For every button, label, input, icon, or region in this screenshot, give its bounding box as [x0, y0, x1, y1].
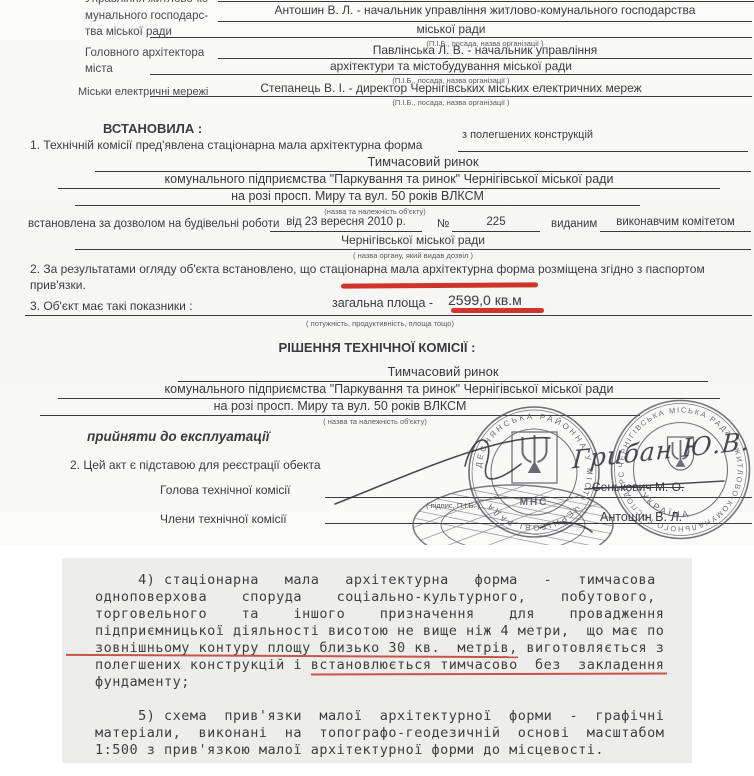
established-heading: ВСТАНОВИЛА : [103, 121, 202, 136]
excerpt-line: 1:500 з прив'язкою малої архітектурної ф… [95, 742, 664, 759]
decision-heading: РІШЕННЯ ТЕХНІЧНОЇ КОМІСІЇ : [0, 340, 754, 355]
area-label: загальна площа - [332, 296, 433, 310]
permit-issuer-line2: Чернігівської міської ради [75, 233, 751, 250]
act-basis-line: 2. Цей акт є підставою для реєстрації об… [70, 458, 321, 472]
red-underline-excerpt-2 [311, 672, 667, 675]
object-name-line2: комунального підприємства "Паркування та… [58, 172, 720, 189]
item1-superscript: з полегшених конструкцій [462, 129, 593, 141]
signatory-antoshyn-line: Антошин В. Л. - начальник управління жит… [218, 3, 752, 22]
decision-object-line1: Тимчасовий ринок [178, 364, 708, 382]
excerpt-line: одноповерхова споруда соціально-культурн… [95, 589, 664, 606]
scanned-act: Управління житлово-ко- мунального господ… [0, 0, 754, 545]
excerpt-line: підприємницької діяльності висотою не ви… [95, 623, 664, 640]
excerpt-line: 4) стаціонарна мала архітектурна форма -… [95, 572, 664, 589]
form-line [218, 1, 754, 2]
pen-signature-scribbles [300, 408, 754, 545]
excerpt-line: торговельного та іншого призначення для … [95, 606, 664, 623]
caption-object-name: (назва та належність об'єкту) [95, 207, 655, 216]
excerpt-line: фундаменту; [95, 674, 664, 691]
object-name-line1: Тимчасовий ринок [95, 154, 751, 172]
dept-architect-label: міста [85, 61, 113, 77]
object-name-line3: на розі просп. Миру та вул. 50 років ВЛК… [75, 189, 640, 206]
signatory-antoshyn-line2: міської ради [150, 22, 752, 38]
typed-signatory-name: Антошин В. Л. [600, 510, 682, 524]
red-underline-form-phrase [341, 282, 538, 288]
area-value: 2599,0 кв.м [448, 292, 522, 308]
permit-date-field: від 23 вересня 2010 р. [270, 216, 422, 232]
dept-housing-label: Управління житлово-ко- [85, 0, 212, 7]
permit-no-label: № [437, 218, 449, 230]
form-line [25, 315, 752, 316]
permit-issuer-field: виконавчим комітетом [600, 216, 751, 232]
item1-text: 1. Технічній комісії пред'явлена стаціон… [30, 138, 422, 152]
form-line [458, 151, 748, 152]
document-page: Управління житлово-ко- мунального господ… [0, 0, 754, 776]
law-excerpt-block: 4) стаціонарна мала архітектурна форма -… [62, 558, 692, 763]
signatory-pavlinska-line: Павлінська Л. В. - начальник управління [218, 43, 752, 59]
signatory-stepanets-line: Степанець В. І. - директор Чернігівських… [150, 81, 752, 97]
excerpt-line: полегшених конструкцій і встановлюється … [95, 657, 664, 674]
excerpt-line: 5) схема прив'язки малої архітектурної ф… [95, 708, 664, 725]
excerpt-line [95, 691, 664, 708]
permit-issued-label: виданим [551, 218, 597, 230]
red-underline-area-value [451, 308, 544, 313]
caption-indicators: ( потужність, продуктивність, площа тощо… [110, 319, 650, 328]
item2-line1: 2. За результатами огляду об'єкта встано… [30, 262, 705, 276]
signatory-pavlinska-line2: архітектури та містобудування міської ра… [150, 59, 752, 75]
crossed-out-name: Сенькович М. О. [592, 480, 684, 494]
sign-row-members-label: Члени технічної комісії [160, 512, 287, 526]
accept-for-operation: прийняти до експлуатації [87, 429, 270, 444]
permit-prefix: встановлена за дозволом на будівельні ро… [28, 218, 279, 230]
permit-number-field: 225 [452, 216, 540, 232]
caption-issuing-body: ( назва органу, який видав дозвіл ) [75, 251, 751, 260]
caption-name-position: (П.І.Б., посада, назва організації ) [150, 98, 752, 107]
excerpt-line: матеріали, виконані на топографо-геодези… [95, 725, 664, 742]
item2-line2: прив'язки. [30, 278, 86, 292]
excerpt-text: 4) стаціонарна мала архітектурна форма -… [95, 572, 664, 759]
item3-label: 3. Об'єкт має такі показники : [30, 299, 193, 313]
sign-row-head-label: Голова технічної комісії [160, 483, 290, 497]
